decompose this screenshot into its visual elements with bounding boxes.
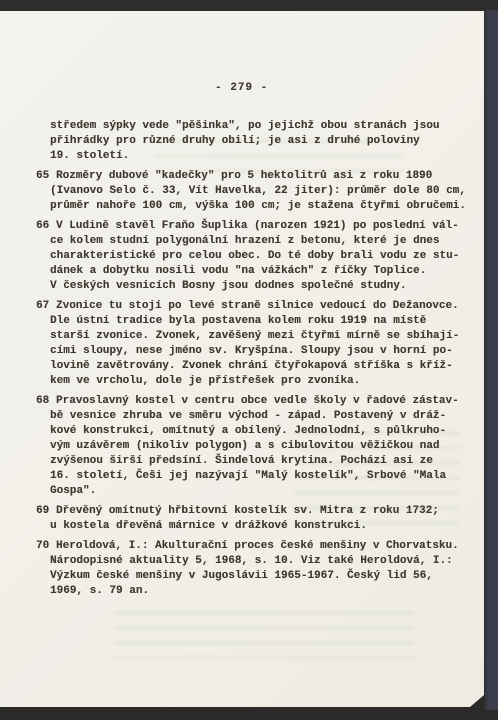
list-item-66: 66 V Ludině stavěl Fraňo Šuplika (naroze…: [50, 219, 462, 294]
text-line: V českých vesnicích Bosny jsou dodnes sp…: [50, 279, 462, 294]
item-number: 66: [36, 219, 49, 234]
text-line: lovině zavětrovány. Zvonek chrání čtyřok…: [50, 359, 462, 374]
page-content: - 279 - středem sýpky vede "pěšinka", po…: [50, 81, 462, 604]
list-item-70: 70 Heroldová, I.: Akulturační proces čes…: [50, 539, 462, 599]
text-line: u kostela dřevěná márnice v drážkové kon…: [50, 519, 462, 534]
text-line: 19. století.: [50, 149, 462, 164]
text-line: 1969, s. 79 an.: [50, 584, 462, 599]
item-number: 70: [36, 539, 49, 554]
list-item-69: 69 Dřevěný omítnutý hřbitovní kostelík s…: [50, 504, 462, 534]
document-page: - 279 - středem sýpky vede "pěšinka", po…: [0, 11, 484, 707]
text-line: Výzkum české menšiny v Jugoslávii 1965-1…: [50, 569, 462, 584]
scanner-background: - 279 - středem sýpky vede "pěšinka", po…: [0, 0, 498, 720]
text-line: cími sloupy, nese jméno sv. Kryšpína. Sl…: [50, 344, 462, 359]
text-line: (Ivanovo Selo č. 33, Vít Havelka, 22 jit…: [50, 184, 462, 199]
text-line: Dřevěný omítnutý hřbitovní kostelík sv. …: [50, 504, 462, 519]
text-line: vým uzávěrem (nikoliv polygon) a s cibul…: [50, 439, 462, 454]
text-line: dánek a dobytku nosili vodu "na vážkách"…: [50, 264, 462, 279]
paragraph-continuation: středem sýpky vede "pěšinka", po jejichž…: [50, 119, 462, 164]
text-line: Gospa".: [50, 484, 462, 499]
scan-edge-strip: [485, 10, 498, 710]
text-line: Rozměry dubové "kadečky" pro 5 hektolitr…: [50, 169, 462, 184]
text-line: starší zvonice. Zvonek, zavěšený mezi čt…: [50, 329, 462, 344]
page-number: - 279 -: [215, 81, 462, 96]
list-item-67: 67 Zvonice tu stojí po levé straně silni…: [50, 299, 462, 389]
text-line: Heroldová, I.: Akulturační proces české …: [50, 539, 462, 554]
item-number: 69: [36, 504, 49, 519]
item-number: 65: [36, 169, 49, 184]
text-line: V Ludině stavěl Fraňo Šuplika (narozen 1…: [50, 219, 462, 234]
text-line: charakteristické pro celou obec. Do té d…: [50, 249, 462, 264]
text-line: přihrádky pro různé druhy obilí; je asi …: [50, 134, 462, 149]
text-line: ce kolem studní polygonální hrazení z be…: [50, 234, 462, 249]
text-line: průměr nahoře 100 cm, výška 100 cm; je s…: [50, 199, 462, 214]
text-line: bě vesnice zhruba ve směru východ - zápa…: [50, 409, 462, 424]
text-line: kem ve vrcholu, dole je přístřešek pro z…: [50, 374, 462, 389]
list-item-65: 65 Rozměry dubové "kadečky" pro 5 hektol…: [50, 169, 462, 214]
text-line: Zvonice tu stojí po levé straně silnice …: [50, 299, 462, 314]
text-line: kové konstrukci, omítnutý a obílený. Jed…: [50, 424, 462, 439]
text-line: Národopisné aktuality 5, 1968, s. 10. Vi…: [50, 554, 462, 569]
text-line: středem sýpky vede "pěšinka", po jejichž…: [50, 119, 462, 134]
text-line: Dle ústní tradice byla postavena kolem r…: [50, 314, 462, 329]
bleedthrough-smudge: [114, 611, 414, 659]
text-line: Pravoslavný kostel v centru obce vedle š…: [50, 394, 462, 409]
text-line: 16. století, Češi jej nazývají "Malý kos…: [50, 469, 462, 484]
item-number: 68: [36, 394, 49, 409]
item-number: 67: [36, 299, 49, 314]
text-line: zvýšenou širší předsíní. Šindelová kryti…: [50, 454, 462, 469]
list-item-68: 68 Pravoslavný kostel v centru obce vedl…: [50, 394, 462, 499]
